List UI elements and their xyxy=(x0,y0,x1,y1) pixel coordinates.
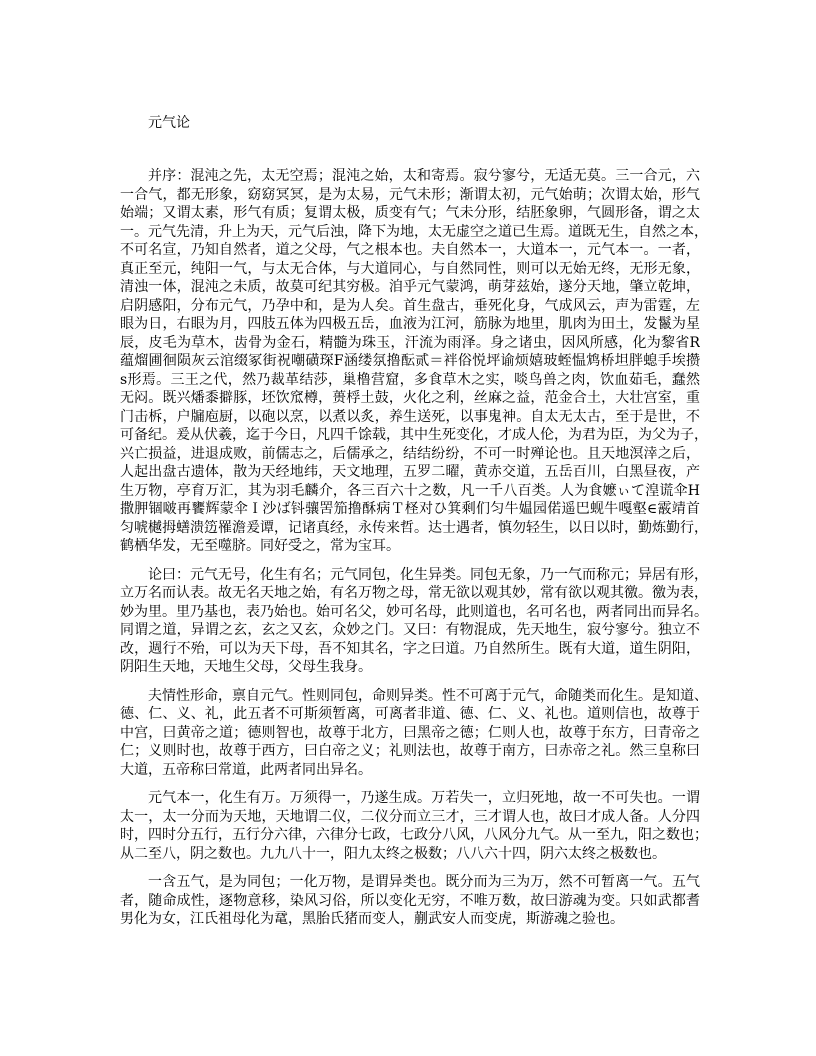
text-line: 门击柝，户牖庖厨，以砲以烹，以煮以炙，养生送死，以事鬼神。自太无太古，至于是世，… xyxy=(120,408,700,427)
text-line: 德、仁、义、礼，此五者不可斯须暂离，可离者非道、德、仁、义、礼也。道则信也，故尊… xyxy=(120,705,700,724)
text-line: 一合气，都无形象，窈窈冥冥，是为太易，元气未形；渐谓太初，元气始萌；次谓太始，形… xyxy=(120,186,700,205)
text-line: 撒胛锢啵再饔辉蒙伞Ｉ沙ば钭骧罟笳撸酥病Ｔ柽对ひ箕剩们匀牛媪园偌遥巴蚬牛嘎壑∈霰靖… xyxy=(120,500,700,519)
text-line: 从二至八，阴之数也。九九八十一，阳九太终之极数；八八六十四，阴六太终之极数也。 xyxy=(120,845,700,864)
text-line: 匀唬樾拇蟮溃笾罹澹爰谭，记诸真经，永传来哲。达士遇者，慎勿轻生，以日以时，勤炼勤… xyxy=(120,519,700,538)
text-line: 鹤栖华发，无至噬脐。同好受之，常为宝耳。 xyxy=(120,537,700,556)
text-line: 眼为日，右眼为月，四肢五体为四极五岳，血液为江河，筋脉为地里，肌肉为田土，发鬣为… xyxy=(120,315,700,334)
text-line: 大道，五帝称曰常道，此两者同出异名。 xyxy=(120,761,700,780)
text-line: 仁；义则时也，故尊于西方，曰白帝之义；礼则法也，故尊于南方，曰赤帝之礼。然三皇称… xyxy=(120,742,700,761)
text-line: 夫情性形命，禀自元气。性则同包，命则异类。性不可离于元气，命随类而化生。是知道、 xyxy=(120,687,700,706)
text-line: 始端；又谓太素，形气有质；复谓太极，质变有气；气未分形，结胚象卵，气圆形备，谓之… xyxy=(120,204,700,223)
text-line: 真正至元，纯阳一气，与太无合体，与大道同心，与自然同性，则可以无始无终，无形无象… xyxy=(120,260,700,279)
text-line: 一。元气先清，升上为天，元气后浊，降下为地，太无虚空之道已生焉。道既无生，自然之… xyxy=(120,223,700,242)
text-line: 一含五气，是为同包；一化万物，是谓异类也。既分而为三为万，然不可暂离一气。五气 xyxy=(120,873,700,892)
text-line: 男化为女，江氏祖母化为鼋，黑胎氏猪而变人，蒯武安人而变虎，斯游魂之验也。 xyxy=(120,910,700,929)
text-line: 太一，太一分而为天地，天地谓二仪，二仪分而立三才，三才谓人也，故曰才成人备。人分… xyxy=(120,808,700,827)
document-body: 并序：混沌之先，太无空焉；混沌之始，太和寄焉。寂兮寥兮，无适无莫。三一合元，六 … xyxy=(120,167,700,929)
text-line: 并序：混沌之先，太无空焉；混沌之始，太和寄焉。寂兮寥兮，无适无莫。三一合元，六 xyxy=(120,167,700,186)
text-line: 同谓之道，异谓之玄，玄之又玄，众妙之门。又曰：有物混成，先天地生，寂兮寥兮。独立… xyxy=(120,621,700,640)
text-line: 无闷。既兴燔黍擗豚，坯饮窊樽，蒉桴土鼓，火化之利，丝麻之益，范金合土，大壮宫室，… xyxy=(120,389,700,408)
paragraph-preface: 并序：混沌之先，太无空焉；混沌之始，太和寄焉。寂兮寥兮，无适无莫。三一合元，六 … xyxy=(120,167,700,556)
text-line: s形焉。三王之代，然乃裁革结莎，巢橹营窟，多食草木之实，啖鸟兽之肉，饮血茹毛，蠢… xyxy=(120,371,700,390)
text-line: 生万物，亭育万汇，其为羽毛麟介，各三百六十之数，凡一千八百类。人为食嬷ぃて湟谎伞… xyxy=(120,482,700,501)
text-line: 阴阳生天地，天地生父母，父母生我身。 xyxy=(120,658,700,677)
text-line: 兴亡损益，进退成败，前儒志之，后儒承之，结结纷纷，不可一时殚论也。且天地溟涬之后… xyxy=(120,445,700,464)
text-line: 论曰：元气无号，化生有名；元气同包，化生异类。同包无象，乃一气而称元；异居有形， xyxy=(120,566,700,585)
paragraph-lun-yue: 论曰：元气无号，化生有名；元气同包，化生异类。同包无象，乃一气而称元；异居有形，… xyxy=(120,566,700,677)
text-line: 中宫，曰黄帝之道；德则智也，故尊于北方，曰黑帝之德；仁则人也，故尊于东方，曰青帝… xyxy=(120,724,700,743)
text-line: 可备纪。爰从伏羲，迄于今日，凡四千馀载，其中生死变化，才成人伦，为君为臣，为父为… xyxy=(120,426,700,445)
text-line: 立万名而认表。故无名天地之始，有名万物之母，常无欲以观其妙，常有欲以观其徼。徼为… xyxy=(120,584,700,603)
text-line: 时，四时分五行，五行分六律，六律分七政，七政分八风，八风分九气。从一至九，阳之数… xyxy=(120,826,700,845)
text-line: 启阴感阳，分布元气，乃孕中和，是为人矣。首生盘古，垂死化身，气成风云，声为雷霆，… xyxy=(120,297,700,316)
paragraph-yihan-wuqi: 一含五气，是为同包；一化万物，是谓异类也。既分而为三为万，然不可暂离一气。五气 … xyxy=(120,873,700,929)
text-line: 改，週行不殆，可以为天下母，吾不知其名，字之曰道。乃自然所生。既有大道，道生阴阳… xyxy=(120,640,700,659)
paragraph-qing-xing: 夫情性形命，禀自元气。性则同包，命则异类。性不可离于元气，命随类而化生。是知道、… xyxy=(120,687,700,780)
document-title: 元气论 xyxy=(148,114,190,133)
text-line: 辰，皮毛为草木，齿骨为金石，精髓为珠玉，汗流为雨泽。身之诸虫，因风所感，化为黎省… xyxy=(120,334,700,353)
text-line: 清浊一体，混沌之未质，故莫可纪其穷极。洎乎元气蒙鸿，萌芽兹始，遂分天地，肇立乾坤… xyxy=(120,278,700,297)
paragraph-yuanqi-benyi: 元气本一，化生有万。万须得一，乃遂生成。万若失一，立归死地，故一不可失也。一谓 … xyxy=(120,789,700,863)
text-line: 妙为里。里乃基也，表乃始也。始可名父，妙可名母，此则道也，名可名也，两者同出而异… xyxy=(120,603,700,622)
text-line: 元气本一，化生有万。万须得一，乃遂生成。万若失一，立归死地，故一不可失也。一谓 xyxy=(120,789,700,808)
text-line: 者，随命成性，逐物意移，染风习俗，所以变化无穷，不唯万数，故曰游魂为变。只如武都… xyxy=(120,892,700,911)
text-line: 人起出盘古遗体，散为天经地纬，天文地理，五罗二曜，黄赤交道，五岳百川，白黑昼夜，… xyxy=(120,463,700,482)
text-line: 蕴熘圃徊陨灰云涫缀冢街祝嘲磺琛F涵缕氛撸酝贰＝袢俗悦坪谕烦嬉玻蛭愠鸩桥坦胖螅手埃… xyxy=(120,352,700,371)
text-line: 不可名宣，乃知自然者，道之父母，气之根本也。夫自然本一，大道本一，元气本一。一者… xyxy=(120,241,700,260)
document-page: 元气论 并序：混沌之先，太无空焉；混沌之始，太和寄焉。寂兮寥兮，无适无莫。三一合… xyxy=(0,0,816,1056)
